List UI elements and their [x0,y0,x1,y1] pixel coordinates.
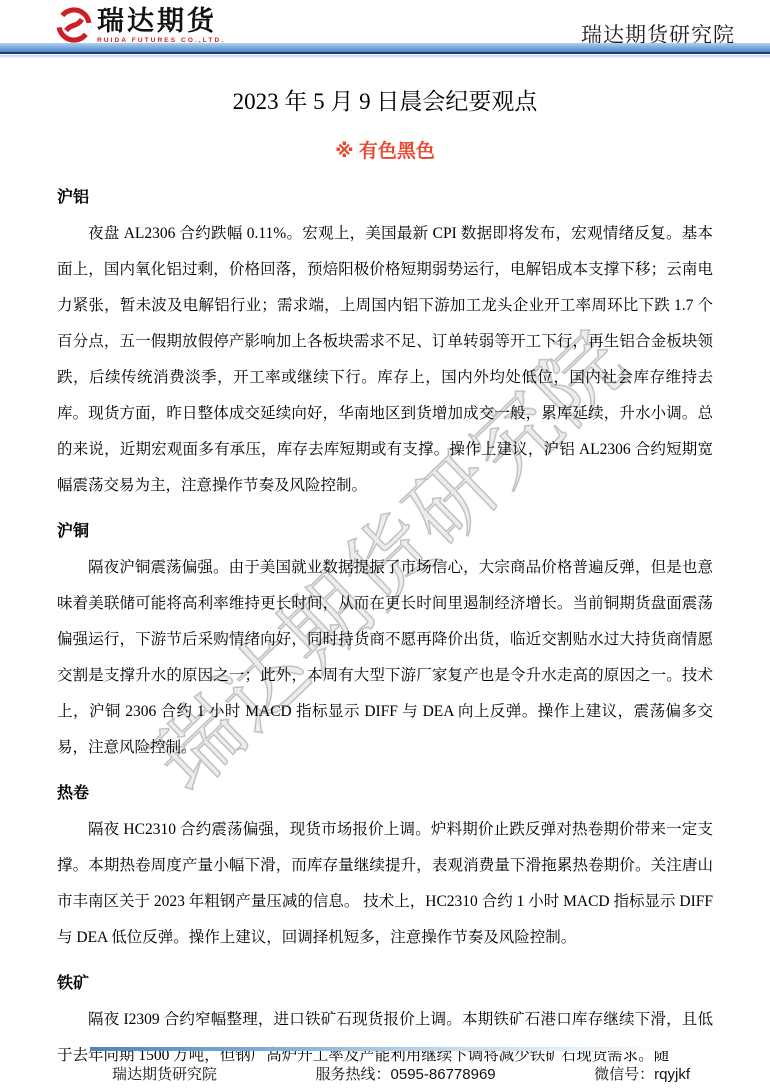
section-hulv: 沪铝 夜盘 AL2306 合约跌幅 0.11%。宏观上，美国最新 CPI 数据即… [57,180,713,504]
footer-wechat: 微信号：rqyjkf [594,1063,690,1084]
footer-divider-bar [90,1047,690,1051]
section-hutong: 沪铜 隔夜沪铜震荡偏强。由于美国就业数据提振了市场信心，大宗商品价格普遍反弹，但… [57,514,713,766]
section-category-label: ※ 有色黑色 [57,134,713,170]
ruida-swirl-logo-icon [55,6,93,44]
footer-institute: 瑞达期货研究院 [112,1063,217,1084]
section-rejuan: 热卷 隔夜 HC2310 合约震荡偏强，现货市场报价上调。炉料期价止跌反弹对热卷… [57,776,713,956]
section-heading: 热卷 [57,776,713,812]
company-logo: 瑞达期货 RUIDA FUTURES CO.,LTD. [55,6,225,45]
section-heading: 铁矿 [57,966,713,1002]
section-paragraph: 隔夜沪铜震荡偏强。由于美国就业数据提振了市场信心，大宗商品价格普遍反弹，但是也意… [57,550,713,766]
logo-text: 瑞达期货 RUIDA FUTURES CO.,LTD. [97,6,225,45]
section-heading: 沪铝 [57,180,713,216]
brand-name-cn: 瑞达期货 [97,8,225,35]
section-paragraph: 夜盘 AL2306 合约跌幅 0.11%。宏观上，美国最新 CPI 数据即将发布… [57,216,713,504]
section-heading: 沪铜 [57,514,713,550]
section-paragraph: 隔夜 HC2310 合约震荡偏强，现货市场报价上调。炉料期价止跌反弹对热卷期价带… [57,812,713,956]
page-title: 2023 年 5 月 9 日晨会纪要观点 [57,84,713,120]
page-header: 瑞达期货 RUIDA FUTURES CO.,LTD. 瑞达期货研究院 [55,6,735,46]
document-content: 2023 年 5 月 9 日晨会纪要观点 ※ 有色黑色 沪铝 夜盘 AL2306… [57,84,713,1074]
header-divider-bar [0,43,770,58]
footer-hotline: 服务热线：0595-86778969 [316,1063,496,1084]
page-footer: 瑞达期货研究院 服务热线：0595-86778969 微信号：rqyjkf [0,1047,770,1084]
